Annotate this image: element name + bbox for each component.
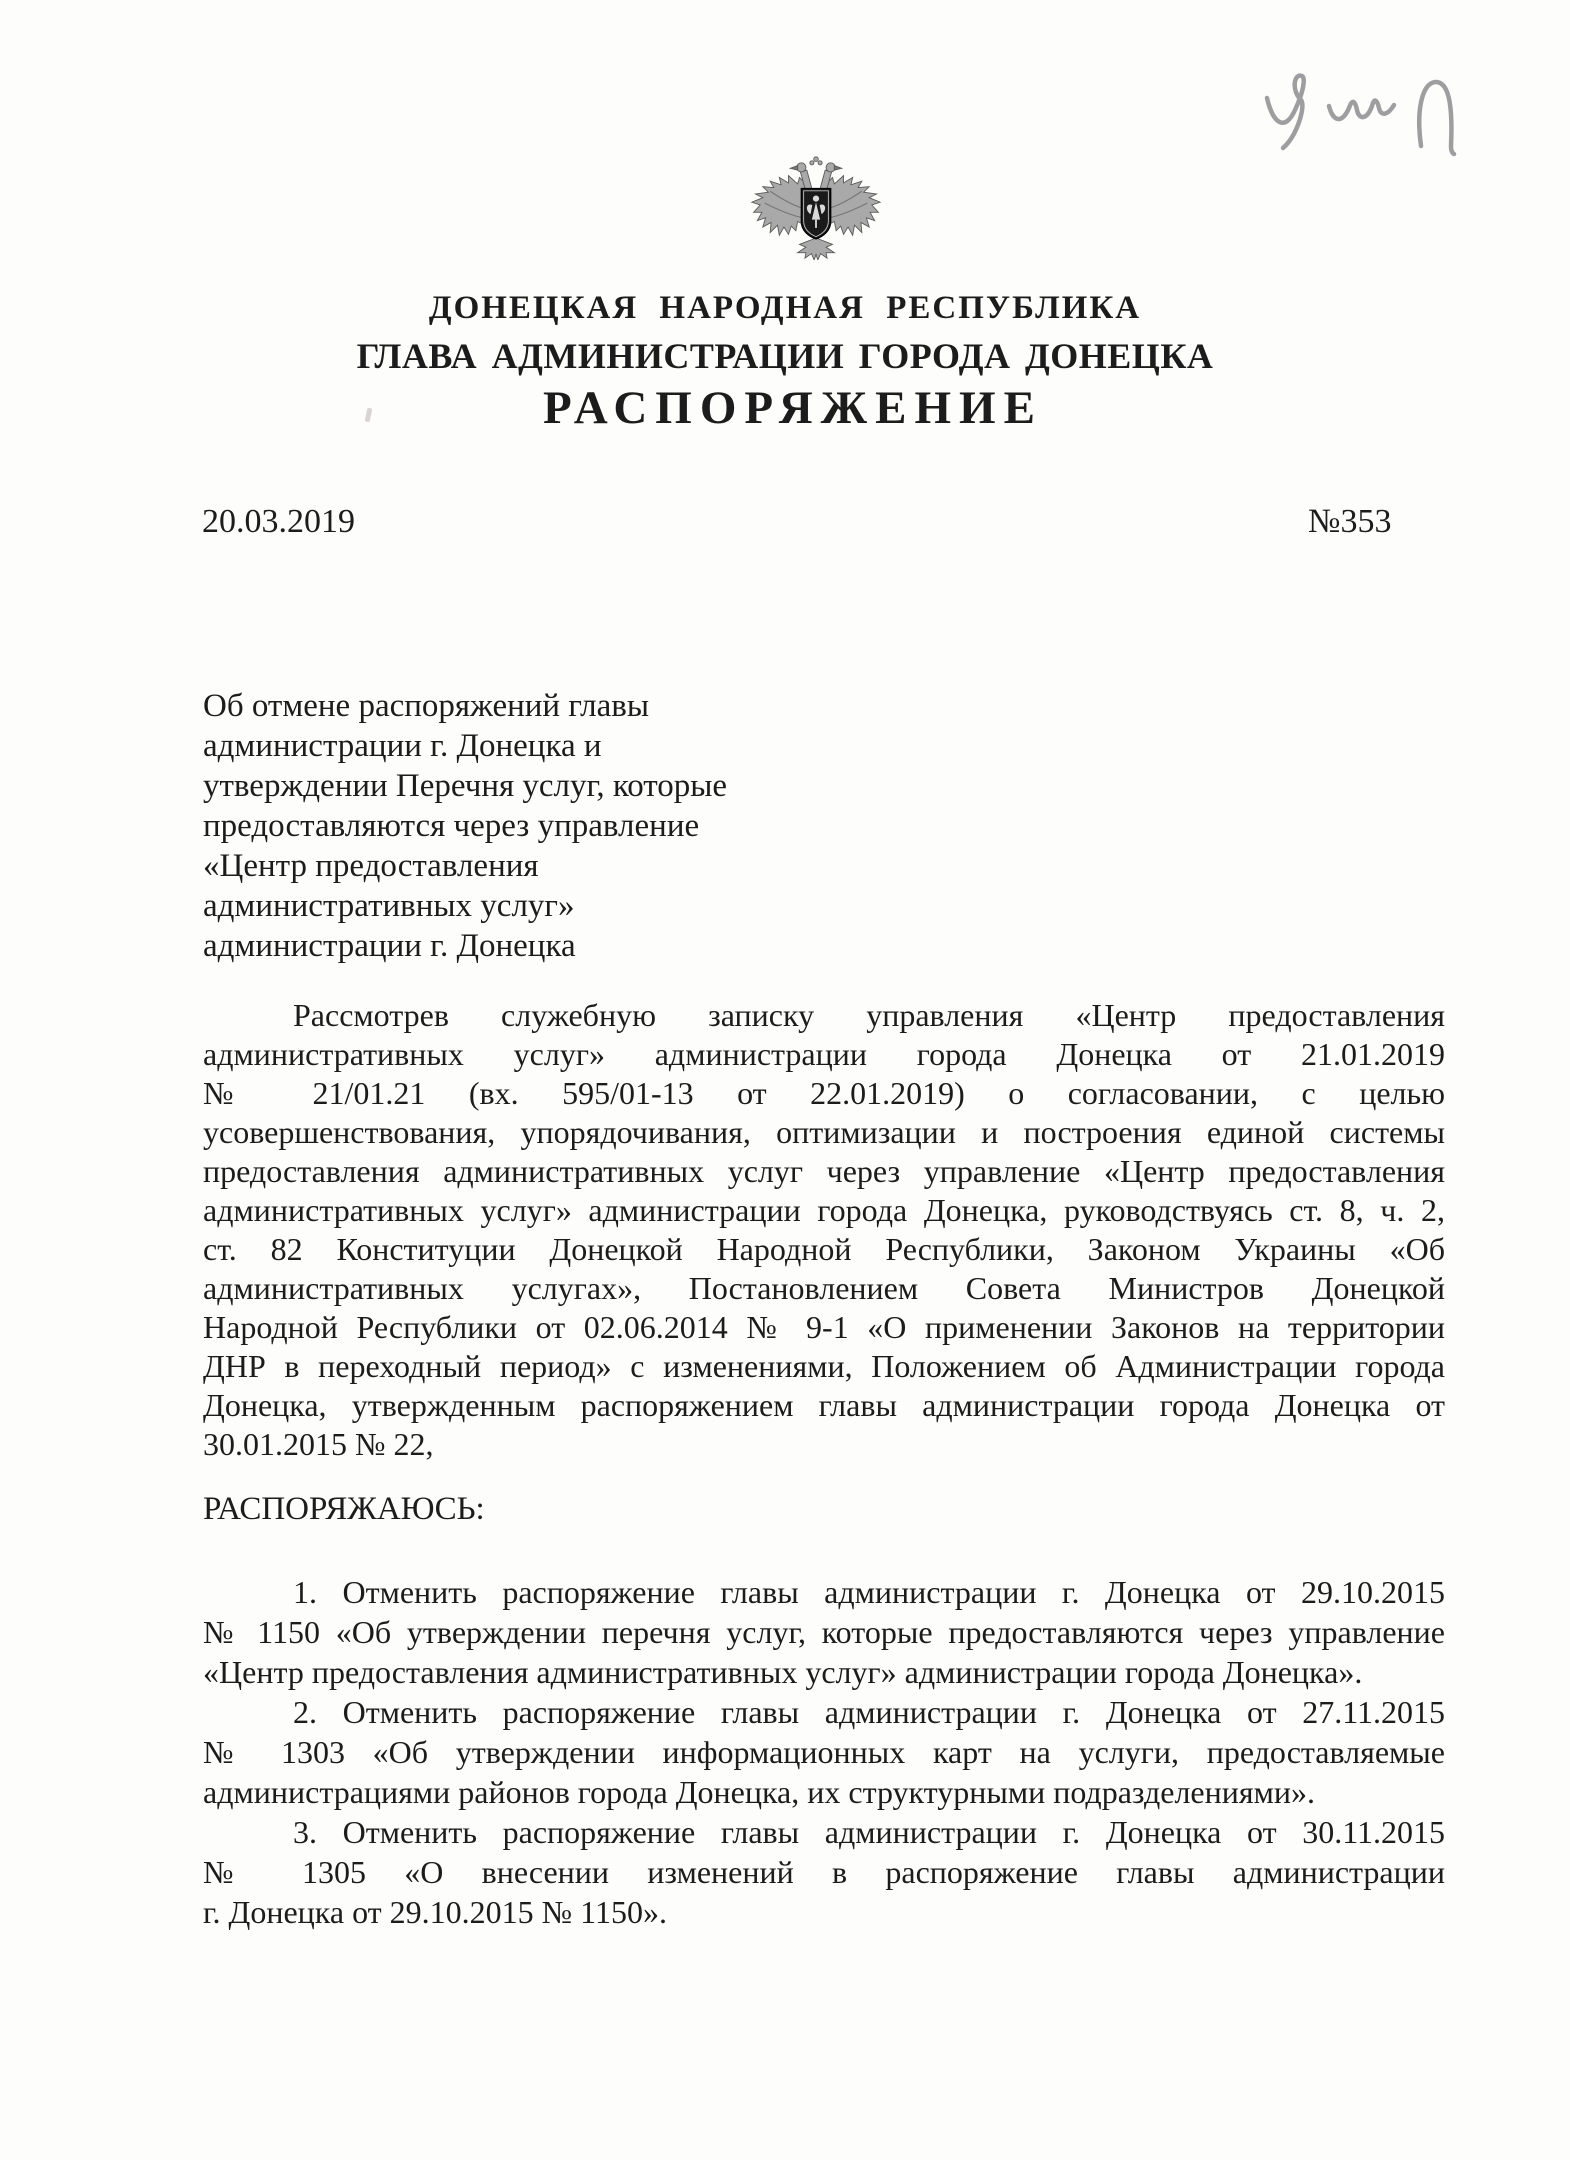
subject-line: административных услуг»: [203, 886, 863, 926]
subject-line: утверждении Перечня услуг, которые: [203, 766, 863, 806]
item-line: администрациями районов города Донецка, …: [203, 1772, 1445, 1812]
preamble-line: № 21/01.21 (вх. 595/01-13 от 22.01.2019)…: [203, 1074, 1445, 1113]
preamble-line: усовершенствования, упорядочивания, опти…: [203, 1113, 1445, 1152]
preamble-line: 30.01.2015 № 22,: [203, 1425, 1445, 1464]
scanned-decree-page: ДОНЕЦКАЯ НАРОДНАЯ РЕСПУБЛИКА ГЛАВА АДМИН…: [0, 0, 1570, 2160]
preamble-line: предоставления административных услуг че…: [203, 1152, 1445, 1191]
preamble-line: ДНР в переходный период» с изменениями, …: [203, 1347, 1445, 1386]
preamble-line: Рассмотрев служебную записку управления …: [203, 996, 1445, 1035]
item-line: № 1303 «Об утверждении информационных ка…: [203, 1732, 1445, 1772]
document-date: 20.03.2019: [202, 503, 355, 541]
subject-line: «Центр предоставления: [203, 846, 863, 886]
subject-line: администрации г. Донецка: [203, 926, 863, 966]
item-line: г. Донецка от 29.10.2015 № 1150».: [203, 1892, 1445, 1932]
document-type-title: РАСПОРЯЖЕНИЕ: [0, 381, 1570, 435]
document-number: №353: [1308, 503, 1391, 541]
preamble-line: Донецка, утвержденным распоряжением глав…: [203, 1386, 1445, 1425]
item-line: «Центр предоставления административных у…: [203, 1652, 1445, 1692]
item-line: 2. Отменить распоряжение главы администр…: [203, 1692, 1445, 1732]
subject-line: Об отмене распоряжений главы: [203, 686, 863, 726]
pencil-scribble-mark: [1245, 48, 1475, 168]
coat-of-arms-icon: [742, 150, 890, 260]
subject-line: администрации г. Донецка и: [203, 726, 863, 766]
resolution-word: РАСПОРЯЖАЮСЬ:: [203, 1491, 485, 1528]
preamble-paragraph: Рассмотрев служебную записку управления …: [203, 996, 1445, 1464]
subject-line: предоставляются через управление: [203, 806, 863, 846]
item-line: № 1150 «Об утверждении перечня услуг, ко…: [203, 1612, 1445, 1652]
preamble-line: ст. 82 Конституции Донецкой Народной Рес…: [203, 1230, 1445, 1269]
item-line: № 1305 «О внесении изменений в распоряже…: [203, 1852, 1445, 1892]
issuing-authority-line: ГЛАВА АДМИНИСТРАЦИИ ГОРОДА ДОНЕЦКА: [0, 335, 1570, 377]
subject-block: Об отмене распоряжений главы администрац…: [203, 686, 863, 966]
preamble-line: Народной Республики от 02.06.2014 № 9-1 …: [203, 1308, 1445, 1347]
preamble-line: административных услугах», Постановление…: [203, 1269, 1445, 1308]
preamble-line: административных услуг» администрации го…: [203, 1191, 1445, 1230]
preamble-line: административных услуг» администрации го…: [203, 1035, 1445, 1074]
item-line: 3. Отменить распоряжение главы администр…: [203, 1812, 1445, 1852]
decree-items-block: 1. Отменить распоряжение главы администр…: [203, 1572, 1445, 1932]
republic-name-line: ДОНЕЦКАЯ НАРОДНАЯ РЕСПУБЛИКА: [0, 290, 1570, 327]
item-line: 1. Отменить распоряжение главы администр…: [203, 1572, 1445, 1612]
